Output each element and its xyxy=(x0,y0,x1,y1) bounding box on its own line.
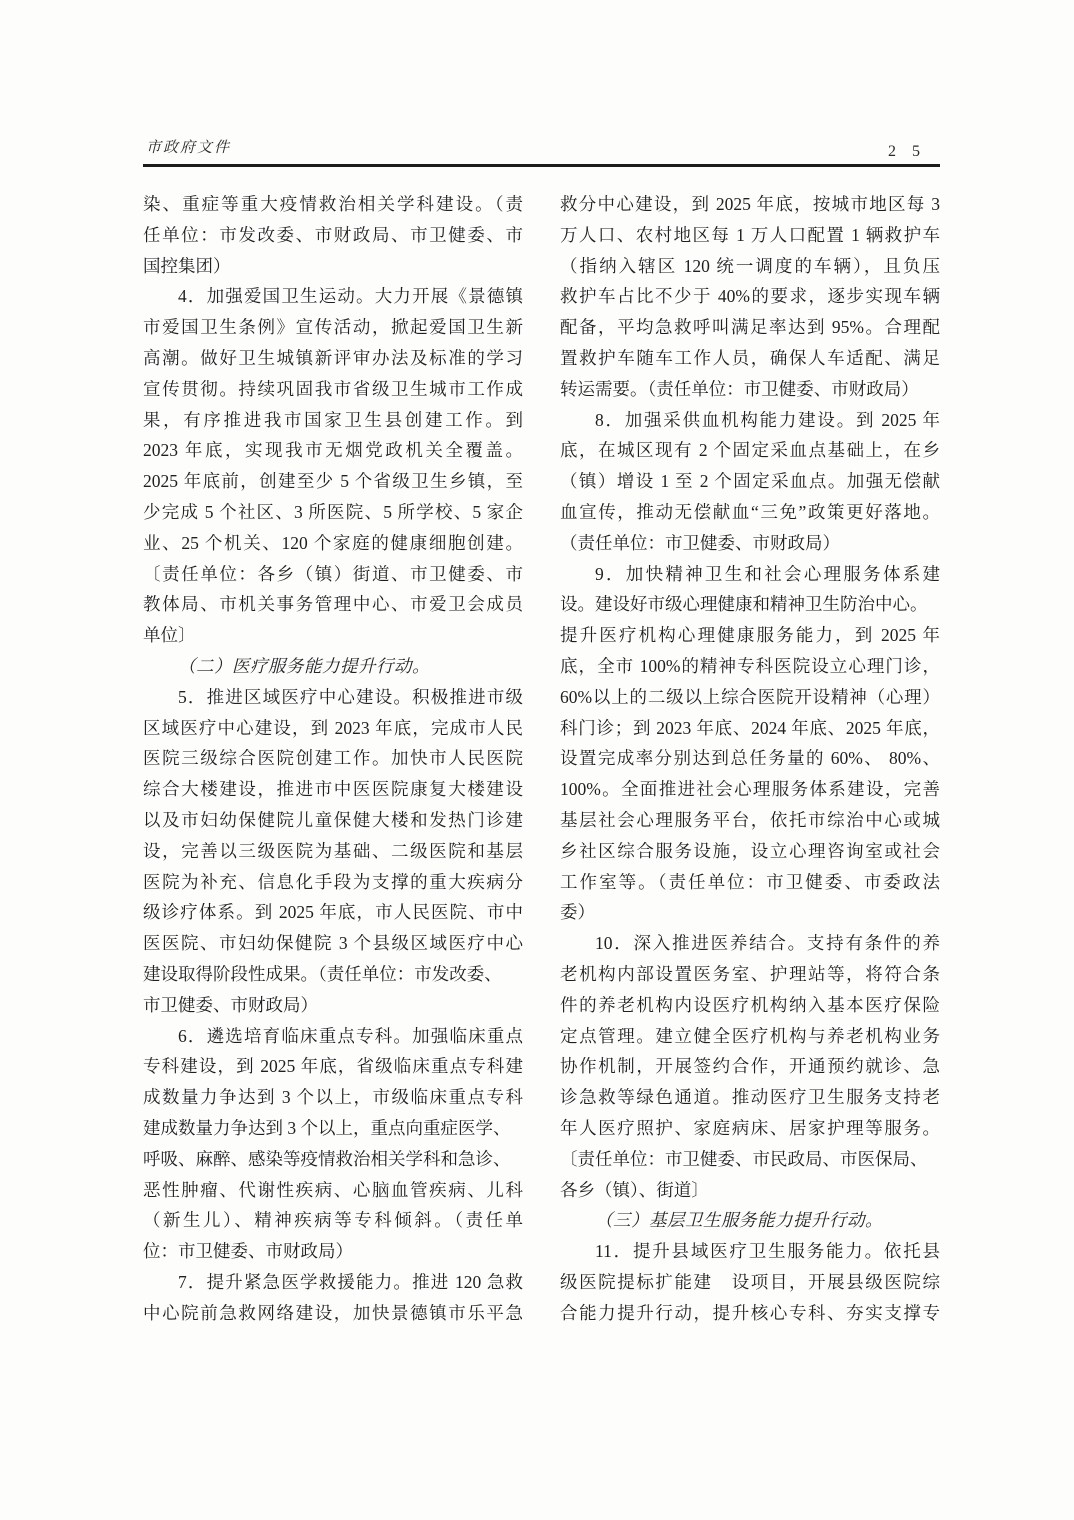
text-line: 6．遴选培育临床重点专科。加强临床重点 xyxy=(143,1021,523,1052)
text-line: 呼吸、麻醉、感染等疫情救治相关学科和急诊、 xyxy=(143,1144,523,1175)
text-line: 定点管理。建立健全医疗机构与养老机构业务 xyxy=(560,1021,940,1052)
text-line: （责任单位：市卫健委、市财政局） xyxy=(560,528,940,559)
text-line: 设置完成率分别达到总任务量的 60%、 80%、 xyxy=(560,743,940,774)
text-line: 设，完善以三级医院为基础、二级医院和基层 xyxy=(143,836,523,867)
text-line: 2023 年底，实现我市无烟党政机关全覆盖。 xyxy=(143,435,523,466)
text-line: 市爱国卫生条例》宣传活动，掀起爱国卫生新 xyxy=(143,312,523,343)
text-line: 级医院提标扩能建 设项目，开展县级医院综 xyxy=(560,1267,940,1298)
column-left: 染、重症等重大疫情救治相关学科建设。（责任单位：市发改委、市财政局、市卫健委、市… xyxy=(143,189,523,1328)
text-line: 综合大楼建设，推进市中医医院康复大楼建设 xyxy=(143,774,523,805)
text-line: 5．推进区域医疗中心建设。积极推进市级 xyxy=(143,682,523,713)
text-line: 科门诊；到 2023 年底、2024 年底、2025 年底， xyxy=(560,713,940,744)
text-line: 位：市卫健委、市财政局） xyxy=(143,1236,523,1267)
text-line: 染、重症等重大疫情救治相关学科建设。（责 xyxy=(143,189,523,220)
text-line: 任单位：市发改委、市财政局、市卫健委、市 xyxy=(143,220,523,251)
text-line: 基层社会心理服务平台，依托市综治中心或城 xyxy=(560,805,940,836)
text-line: 以及市妇幼保健院儿童保健大楼和发热门诊建 xyxy=(143,805,523,836)
text-line: 果，有序推进我市国家卫生县创建工作。到 xyxy=(143,405,523,436)
column-right: 救分中心建设，到 2025 年底，按城市地区每 3万人口、农村地区每 1 万人口… xyxy=(560,189,940,1328)
text-line: 中心院前急救网络建设，加快景德镇市乐平急 xyxy=(143,1298,523,1329)
text-line: 万人口、农村地区每 1 万人口配置 1 辆救护车 xyxy=(560,220,940,251)
text-line: 10．深入推进医养结合。支持有条件的养 xyxy=(560,928,940,959)
text-line: 救护车占比不少于 40%的要求，逐步实现车辆 xyxy=(560,281,940,312)
text-line: 60%以上的二级以上综合医院开设精神（心理） xyxy=(560,682,940,713)
text-line: 老机构内部设置医务室、护理站等，将符合条 xyxy=(560,959,940,990)
text-line: 医院为补充、信息化手段为支撑的重大疾病分 xyxy=(143,867,523,898)
text-line: 区域医疗中心建设，到 2023 年底，完成市人民 xyxy=(143,713,523,744)
text-line: 工作室等。（责任单位：市卫健委、市委政法 xyxy=(560,867,940,898)
text-line: 成数量力争达到 3 个以上，市级临床重点专科 xyxy=(143,1082,523,1113)
document-page: 市政府文件 2 5 染、重症等重大疫情救治相关学科建设。（责任单位：市发改委、市… xyxy=(0,0,1074,1520)
header-rule xyxy=(143,164,940,167)
text-line: 国控集团） xyxy=(143,251,523,282)
text-line: 单位〕 xyxy=(143,620,523,651)
text-line: 协作机制，开展签约合作，开通预约就诊、急 xyxy=(560,1051,940,1082)
section-heading-line: （三）基层卫生服务能力提升行动。 xyxy=(560,1205,940,1236)
text-line: 年人医疗照护、家庭病床、居家护理等服务。 xyxy=(560,1113,940,1144)
text-line: 底，在城区现有 2 个固定采血点基础上，在乡 xyxy=(560,435,940,466)
text-line: （指纳入辖区 120 统一调度的车辆），且负压 xyxy=(560,251,940,282)
text-line: 配备，平均急救呼叫满足率达到 95%。合理配 xyxy=(560,312,940,343)
text-line: 建成数量力争达到 3 个以上，重点向重症医学、 xyxy=(143,1113,523,1144)
text-line: 医院三级综合医院创建工作。加快市人民医院 xyxy=(143,743,523,774)
text-line: 件的养老机构内设医疗机构纳入基本医疗保险 xyxy=(560,990,940,1021)
header-page-number: 2 5 xyxy=(888,143,926,161)
text-line: 底，全市 100%的精神专科医院设立心理门诊， xyxy=(560,651,940,682)
text-line: 恶性肿瘤、代谢性疾病、心脑血管疾病、儿科 xyxy=(143,1175,523,1206)
text-line: 4．加强爱国卫生运动。大力开展《景德镇 xyxy=(143,281,523,312)
text-line: （新生儿）、精神疾病等专科倾斜。（责任单 xyxy=(143,1205,523,1236)
text-line: 教体局、市机关事务管理中心、市爱卫会成员 xyxy=(143,589,523,620)
text-line: 9．加快精神卫生和社会心理服务体系建 xyxy=(560,559,940,590)
text-line: 市卫健委、市财政局） xyxy=(143,990,523,1021)
text-line: 诊急救等绿色通道。推动医疗卫生服务支持老 xyxy=(560,1082,940,1113)
text-line: 提升医疗机构心理健康服务能力，到 2025 年 xyxy=(560,620,940,651)
text-line: 救分中心建设，到 2025 年底，按城市地区每 3 xyxy=(560,189,940,220)
text-line: 11．提升县域医疗卫生服务能力。依托县 xyxy=(560,1236,940,1267)
text-line: 100%。全面推进社会心理服务体系建设，完善 xyxy=(560,774,940,805)
text-line: 委） xyxy=(560,897,940,928)
text-line: 高潮。做好卫生城镇新评审办法及标准的学习 xyxy=(143,343,523,374)
text-line: 专科建设，到 2025 年底，省级临床重点专科建 xyxy=(143,1051,523,1082)
header-doc-label: 市政府文件 xyxy=(146,136,231,157)
text-line: 7．提升紧急医学救援能力。推进 120 急救 xyxy=(143,1267,523,1298)
text-line: 宣传贯彻。持续巩固我市省级卫生城市工作成 xyxy=(143,374,523,405)
text-line: 各乡（镇）、街道〕 xyxy=(560,1175,940,1206)
text-line: 〔责任单位：各乡（镇）街道、市卫健委、市 xyxy=(143,559,523,590)
text-line: 8．加强采供血机构能力建设。到 2025 年 xyxy=(560,405,940,436)
text-line: 血宣传，推动无偿献血“三免”政策更好落地。 xyxy=(560,497,940,528)
text-line: （镇）增设 1 至 2 个固定采血点。加强无偿献 xyxy=(560,466,940,497)
page-header: 市政府文件 2 5 xyxy=(143,134,940,164)
text-line: 〔责任单位：市卫健委、市民政局、市医保局、 xyxy=(560,1144,940,1175)
text-line: 业、25 个机关、120 个家庭的健康细胞创建。 xyxy=(143,528,523,559)
text-line: 级诊疗体系。到 2025 年底，市人民医院、市中 xyxy=(143,897,523,928)
text-line: 2025 年底前，创建至少 5 个省级卫生乡镇，至 xyxy=(143,466,523,497)
section-heading-line: （二）医疗服务能力提升行动。 xyxy=(143,651,523,682)
text-line: 建设取得阶段性成果。（责任单位：市发改委、 xyxy=(143,959,523,990)
text-line: 医医院、市妇幼保健院 3 个县级区域医疗中心 xyxy=(143,928,523,959)
text-line: 置救护车随车工作人员，确保人车适配、满足 xyxy=(560,343,940,374)
text-line: 合能力提升行动，提升核心专科、夯实支撑专 xyxy=(560,1298,940,1329)
text-line: 转运需要。（责任单位：市卫健委、市财政局） xyxy=(560,374,940,405)
text-line: 少完成 5 个社区、3 所医院、5 所学校、5 家企 xyxy=(143,497,523,528)
text-line: 设。建设好市级心理健康和精神卫生防治中心。 xyxy=(560,589,940,620)
text-line: 乡社区综合服务设施，设立心理咨询室或社会 xyxy=(560,836,940,867)
